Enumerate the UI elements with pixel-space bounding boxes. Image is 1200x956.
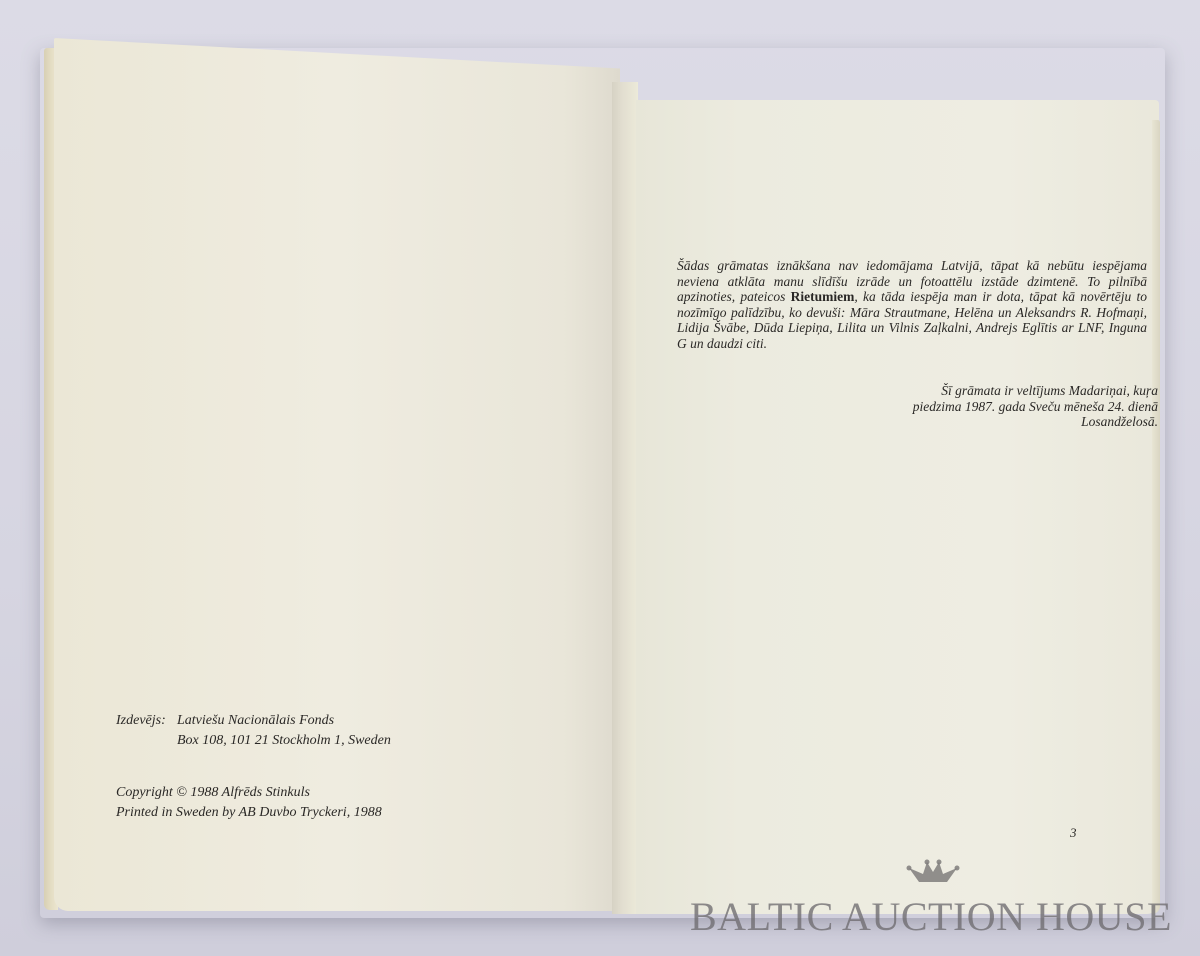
- copyright-notice: Copyright © 1988 Alfrēds Stinkuls: [116, 785, 310, 801]
- dedication-line: piedzima 1987. gada Sveču mēneša 24. die…: [820, 399, 1158, 415]
- right-page-edge: [1152, 120, 1160, 914]
- left-page: [54, 38, 620, 911]
- dedication-line: Šī grāmata ir veltījums Madariņai, kuŗa: [820, 383, 1158, 399]
- book-spine: [612, 82, 638, 914]
- right-page: [636, 100, 1159, 914]
- crown-icon: [905, 858, 961, 888]
- publisher-address: Box 108, 101 21 Stockholm 1, Sweden: [177, 733, 391, 749]
- publisher-name: Latviešu Nacionālais Fonds: [177, 713, 334, 729]
- printer-notice: Printed in Sweden by AB Duvbo Tryckeri, …: [116, 805, 382, 821]
- page-number: 3: [1070, 825, 1077, 841]
- watermark-text: BALTIC AUCTION HOUSE: [690, 893, 1172, 940]
- preface-paragraph: Šādas grāmatas iznākšana nav iedomājama …: [677, 258, 1147, 351]
- dedication-line: Losandželosā.: [820, 414, 1158, 430]
- preface-emphasis: Rietumiem: [791, 289, 855, 304]
- dedication: Šī grāmata ir veltījums Madariņai, kuŗa …: [820, 383, 1158, 430]
- publisher-label: Izdevējs:: [116, 713, 166, 729]
